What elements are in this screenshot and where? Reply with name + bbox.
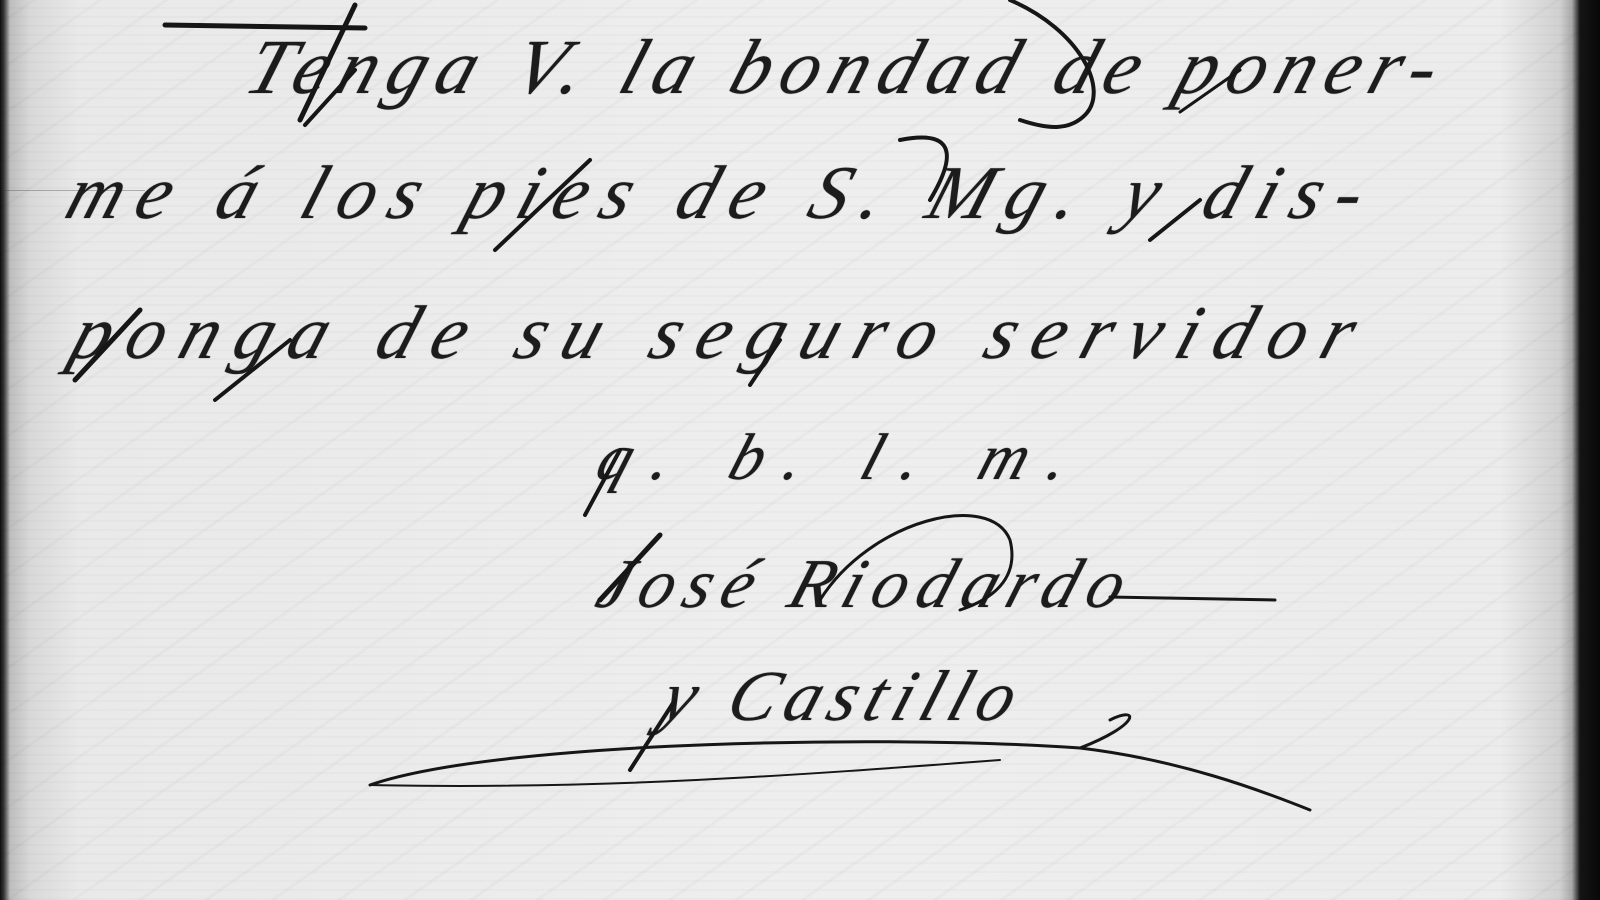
parenthesis-flourish [1010, 0, 1094, 127]
signature-j-stem [600, 535, 660, 600]
descender-g-line3b [750, 340, 780, 385]
descender-q-line4 [585, 450, 620, 515]
signature-flourish [370, 715, 1310, 810]
ink-strokes [0, 0, 1600, 900]
descender-p-line2 [495, 160, 590, 250]
descender-g-line3 [215, 340, 290, 400]
descender-S-line2 [900, 138, 947, 201]
descender-p-line3 [75, 310, 140, 380]
signature-r-loop [820, 516, 1012, 610]
scanned-letter-page: Tenga V. la bondad de poner- me á los pi… [0, 0, 1600, 900]
descender-p-line1 [1180, 70, 1240, 112]
signature-tail [1110, 597, 1275, 600]
signature-y-descender [630, 700, 675, 770]
descender-y-line2 [1150, 200, 1200, 240]
title-stroke [165, 25, 365, 28]
